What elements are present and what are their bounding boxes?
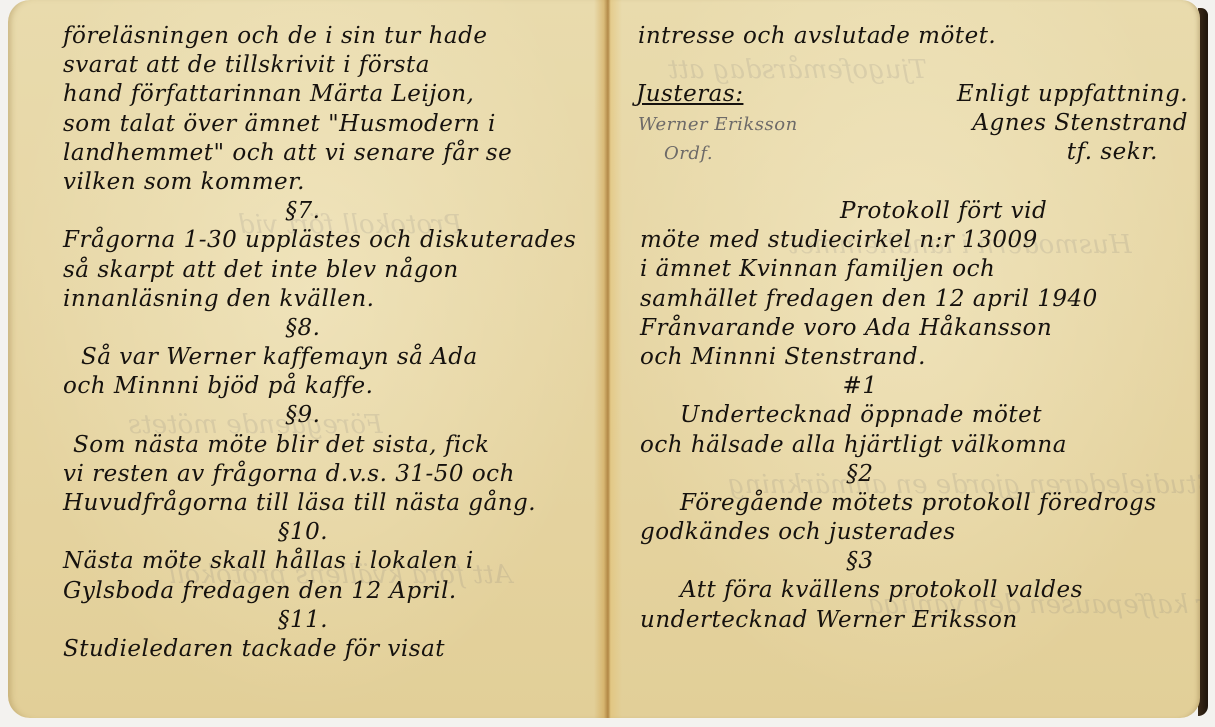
section-heading: §2: [640, 460, 1200, 489]
section-heading: §9.: [63, 401, 603, 430]
minutes-heading-line: och Minnni Stenstrand.: [640, 343, 1200, 372]
left-page: Protokoll fört vid Föregående mötets Att…: [8, 0, 608, 718]
handwritten-line: landhemmet" och att vi senare får se: [63, 139, 603, 168]
signature-chair: Werner Eriksson Ordf.: [638, 110, 798, 168]
section-heading: #1: [640, 372, 1200, 401]
section-heading: §10.: [63, 518, 603, 547]
handwritten-line: Så var Werner kaffemayn så Ada: [63, 343, 603, 372]
minutes-heading-line: i ämnet Kvinnan familjen och: [640, 255, 1200, 284]
secretary-signature: Agnes Stenstrand: [908, 109, 1188, 138]
minutes-heading-line: Protokoll fört vid: [640, 197, 1200, 226]
handwritten-line: Att föra kvällens protokoll valdes: [640, 576, 1200, 605]
handwritten-line: intresse och avslutade mötet.: [638, 22, 1188, 51]
handwritten-line: och hälsade alla hjärtligt välkomna: [640, 431, 1200, 460]
signature-block-right: Enligt uppfattning. Agnes Stenstrand tf.…: [908, 80, 1188, 168]
secretary-title: tf. sekr.: [908, 138, 1188, 167]
handwritten-line: Som nästa möte blir det sista, fick: [63, 431, 603, 460]
enligt-uppfattning-label: Enligt uppfattning.: [908, 80, 1188, 109]
handwritten-line: hand författarinnan Märta Leijon,: [63, 80, 603, 109]
minutes-heading-line: samhället fredagen den 12 april 1940: [640, 285, 1200, 314]
handwritten-line: innanläsning den kvällen.: [63, 285, 603, 314]
closing-line: intresse och avslutade mötet.: [638, 22, 1188, 51]
left-page-text: föreläsningen och de i sin tur hade svar…: [63, 22, 603, 664]
handwritten-line: så skarpt att det inte blev någon: [63, 256, 603, 285]
handwritten-line: vilken som kommer.: [63, 168, 603, 197]
handwritten-line: Studieledaren tackade för visat: [63, 635, 603, 664]
open-notebook: Protokoll fört vid Föregående mötets Att…: [0, 0, 1215, 727]
minutes-heading-line: möte med studiecirkel n:r 13009: [640, 226, 1200, 255]
new-minutes: Protokoll fört vid möte med studiecirkel…: [640, 197, 1200, 635]
handwritten-line: föreläsningen och de i sin tur hade: [63, 22, 603, 51]
justeras-label: Justeras:: [636, 80, 743, 109]
right-page: Tjugofemårsdag att Husmodern i landhemme…: [608, 0, 1200, 718]
handwritten-line: Nästa möte skall hållas i lokalen i: [63, 547, 603, 576]
handwritten-line: som talat över ämnet "Husmodern i: [63, 110, 603, 139]
handwritten-line: svarat att de tillskrivit i första: [63, 51, 603, 80]
handwritten-line: Undertecknad öppnade mötet: [640, 401, 1200, 430]
section-heading: §8.: [63, 314, 603, 343]
section-heading: §3: [640, 547, 1200, 576]
handwritten-line: Gylsboda fredagen den 12 April.: [63, 577, 603, 606]
handwritten-line: och Minnni bjöd på kaffe.: [63, 372, 603, 401]
chair-signature: Werner Eriksson: [638, 110, 798, 139]
handwritten-line: Huvudfrågorna till läsa till nästa gång.: [63, 489, 603, 518]
handwritten-line: Föregående mötets protokoll föredrogs: [640, 489, 1200, 518]
minutes-heading-line: Frånvarande voro Ada Håkansson: [640, 314, 1200, 343]
handwritten-line: Frågorna 1-30 upplästes och diskuterades: [63, 226, 603, 255]
chair-title: Ordf.: [638, 139, 798, 168]
handwritten-line: vi resten av frågorna d.v.s. 31-50 och: [63, 460, 603, 489]
handwritten-line: undertecknad Werner Eriksson: [640, 606, 1200, 635]
signature-block-left: Justeras:: [636, 80, 743, 109]
section-heading: §11.: [63, 606, 603, 635]
handwritten-line: godkändes och justerades: [640, 518, 1200, 547]
section-heading: §7.: [63, 197, 603, 226]
